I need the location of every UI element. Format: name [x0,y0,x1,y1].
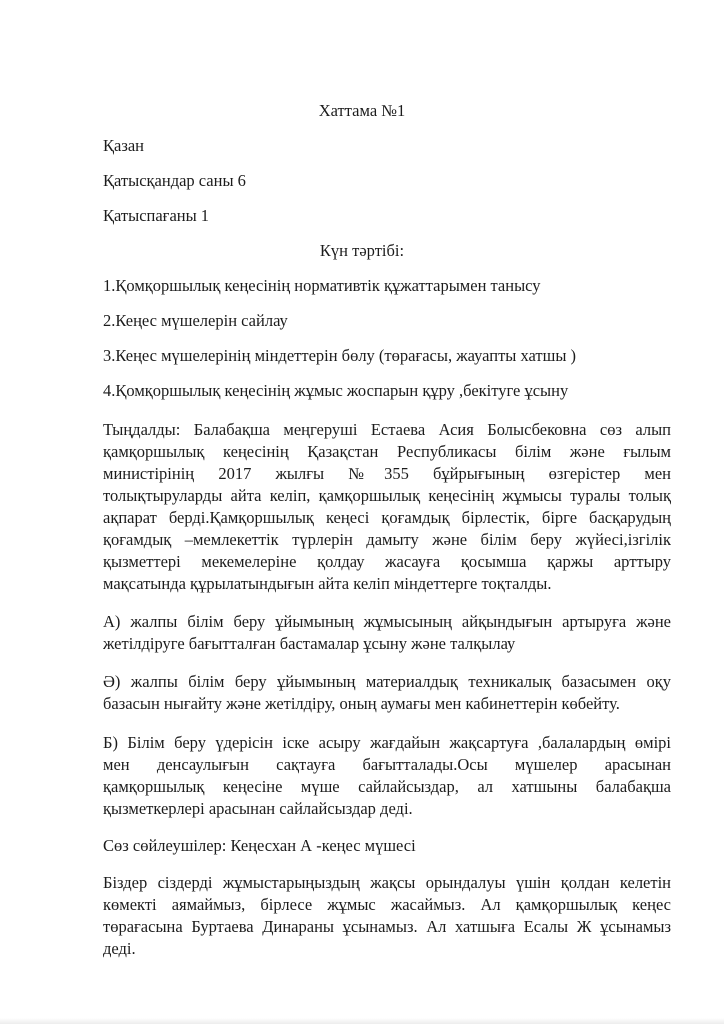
document-title: Хаттама №1 [0,101,724,121]
listened-line: министірінің 2017 жылғы №355 бұйрығының … [103,464,671,484]
listened-line: ақпарат берді.Қамқоршылық кеңесі қоғамды… [103,508,671,528]
listened-line: Тыңдалды: Балабақша меңгеруші Естаева Ас… [103,420,671,440]
listened-line: толықтыруларды айта келіп, қамқоршылық к… [103,486,671,506]
listened-line: қамқоршылық кеңесінің Қазақстан Республи… [103,442,671,462]
agenda-item: 4.Қомқоршылық кеңесінің жұмыс жоспарын қ… [103,381,568,401]
listened-line: мақсатында құрылатындығын айта келіп мін… [103,574,671,594]
speakers-line: Сөз сөйлеушілер: Кеңесхан А -кеңес мүшес… [103,836,416,856]
item-b-line: мен денсаулығын сақтауға бағытталады.Осы… [103,755,671,775]
item-b-line: қамқоршылық кеңесіне мүше сайлайсыздар, … [103,777,671,797]
speech-line: Біздер сіздерді жұмыстарыңыздың жақсы ор… [103,873,671,893]
document-page: Хаттама №1 Қазан Қатысқандар саны 6 Қаты… [0,0,724,1024]
meeting-place: Қазан [103,136,144,156]
listened-line: қоғамдық –мемлекеттік түрлерін дамыту жә… [103,530,671,550]
absent-count: Қатыспағаны 1 [103,206,209,226]
speech-line: деді. [103,939,671,959]
scan-edge-shadow [0,1018,724,1024]
agenda-item: 2.Кеңес мүшелерін сайлау [103,311,288,331]
item-b-line: қызметкерлері арасынан сайлайсыздар деді… [103,799,671,819]
agenda-item: 3.Кеңес мүшелерінің міндеттерін бөлу (тө… [103,346,576,366]
attended-count: Қатысқандар саны 6 [103,171,246,191]
item-ae-line: базасын нығайту және жетілдіру, оның аум… [103,694,671,714]
speech-line: төрағасына Буртаева Динараны ұсынамыз. А… [103,917,671,937]
listened-line: қызметтері мекемелеріне қолдау жасауға қ… [103,552,671,572]
item-ae-line: Ә) жалпы білім беру ұйымының материалдық… [103,672,671,692]
item-a-line: А) жалпы білім беру ұйымының жұмысының а… [103,612,671,632]
item-a-line: жетілдіруге бағытталған бастамалар ұсыну… [103,634,671,654]
speech-line: көмекті аямаймыз, бірлесе жұмыс жасаймыз… [103,895,671,915]
agenda-item: 1.Қомқоршылық кеңесінің нормативтік құжа… [103,276,541,296]
agenda-heading: Күн тәртібі: [0,241,724,261]
item-b-line: Б) Білім беру үдерісін іске асыру жағдай… [103,733,671,753]
